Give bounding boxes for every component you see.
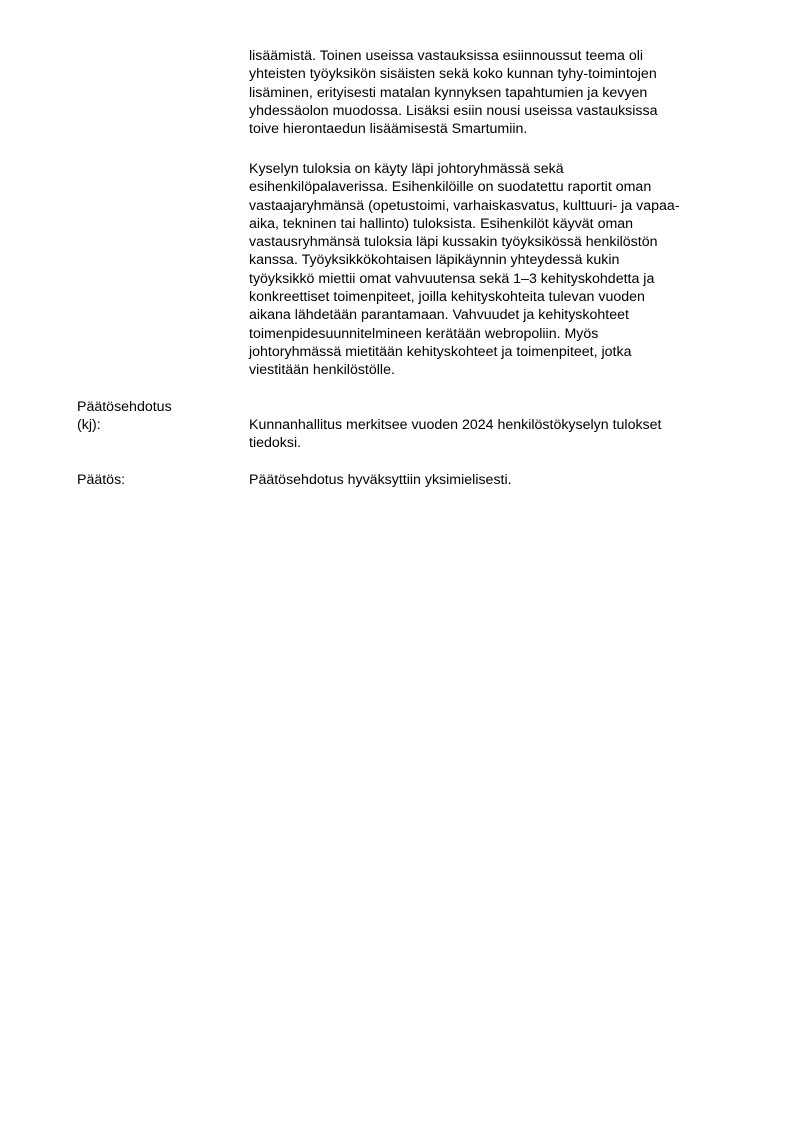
text-line: lisäämistä. Toinen useissa vastauksissa … <box>249 47 749 65</box>
paragraph-results-review: Kyselyn tuloksia on käyty läpi johtoryhm… <box>249 160 749 380</box>
text-line: yhteisten työyksikön sisäisten sekä koko… <box>249 65 749 83</box>
text-line: kanssa. Työyksikkökohtaisen läpikäynnin … <box>249 251 749 269</box>
decision-text: Päätösehdotus hyväksyttiin yksimielisest… <box>249 471 749 489</box>
text-line: lisäminen, erityisesti matalan kynnyksen… <box>249 84 749 102</box>
decision-proposal-text: Kunnanhallitus merkitsee vuoden 2024 hen… <box>249 416 749 453</box>
text-line: työyksikkö miettii omat vahvuutensa sekä… <box>249 270 749 288</box>
text-line: Päätösehdotus hyväksyttiin yksimielisest… <box>249 471 749 489</box>
text-line: aika, tekninen tai hallinto) tuloksista.… <box>249 215 749 233</box>
text-line: esihenkilöpalaverissa. Esihenkilöille on… <box>249 178 749 196</box>
decision-label: Päätös: <box>77 471 125 489</box>
text-line: johtoryhmässä mietitään kehityskohteet j… <box>249 343 749 361</box>
text-line: vastaajaryhmänsä (opetustoimi, varhaiska… <box>249 197 749 215</box>
text-line: toimenpidesuunnitelmineen kerätään webro… <box>249 325 749 343</box>
paragraph-survey-themes: lisäämistä. Toinen useissa vastauksissa … <box>249 47 749 138</box>
label-line: (kj): <box>77 416 172 434</box>
text-line: yhdessäolon muodossa. Lisäksi esiin nous… <box>249 102 749 120</box>
label-line: Päätösehdotus <box>77 398 172 416</box>
text-line: toive hierontaedun lisäämisestä Smartumi… <box>249 120 749 138</box>
label-line: Päätös: <box>77 471 125 489</box>
decision-proposal-label: Päätösehdotus (kj): <box>77 398 172 435</box>
text-line: aikana lähdetään parantamaan. Vahvuudet … <box>249 306 749 324</box>
text-line: tiedoksi. <box>249 434 749 452</box>
text-line: viestitään henkilöstölle. <box>249 361 749 379</box>
text-line: Kyselyn tuloksia on käyty läpi johtoryhm… <box>249 160 749 178</box>
text-line: konkreettiset toimenpiteet, joilla kehit… <box>249 288 749 306</box>
text-line: vastausryhmänsä tuloksia läpi kussakin t… <box>249 233 749 251</box>
text-line: Kunnanhallitus merkitsee vuoden 2024 hen… <box>249 416 749 434</box>
